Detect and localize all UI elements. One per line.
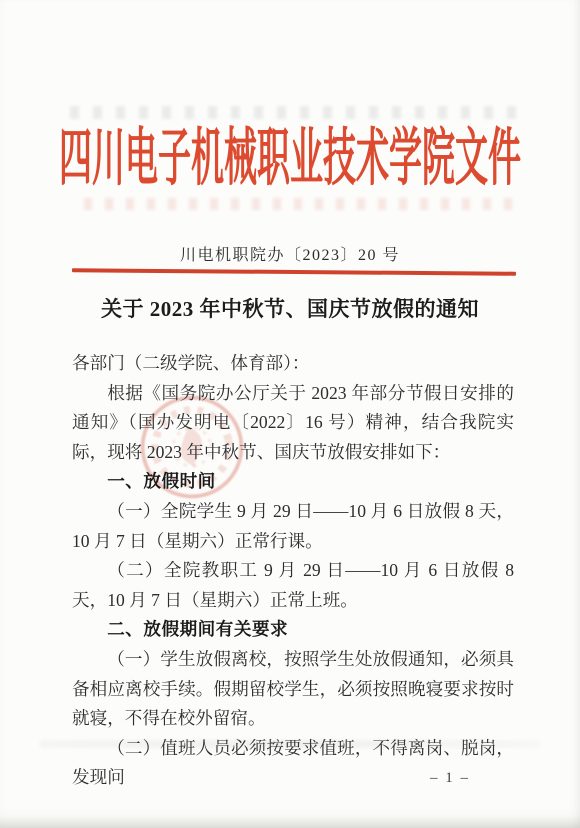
paragraph-students-holiday: （一）全院学生 9 月 29 日——10 月 6 日放假 8 天，10 月 7 … (72, 497, 514, 556)
doc-number: 川电机职院办〔2023〕20 号 (0, 242, 580, 265)
paragraph-staff-holiday: （二）全院教职工 9 月 29 日——10 月 6 日放假 8 天，10 月 7… (72, 556, 514, 615)
notice-title: 关于 2023 年中秋节、国庆节放假的通知 (0, 293, 580, 323)
section-heading-2: 二、放假期间有关要求 (72, 615, 514, 645)
red-divider-line (72, 268, 516, 275)
document-page: 四川电子机械职业技术学院文件 川电机职院办〔2023〕20 号 关于 2023 … (0, 0, 580, 828)
paragraph-students-rules: （一）学生放假离校，按照学生处放假通知，必须具备相应离校手续。假期留校学生，必须… (72, 645, 514, 734)
section-heading-1: 一、放假时间 (72, 467, 514, 497)
bleed-through-ghost-top (70, 106, 518, 119)
paragraph-basis: 根据《国务院办公厅关于 2023 年部分节假日安排的通知》（国办发明电〔2022… (72, 379, 514, 468)
page-number: – 1 – (405, 770, 495, 787)
org-title: 四川电子机械职业技术学院文件 (0, 124, 580, 196)
bleed-through-ghost-under-title (84, 198, 514, 210)
notice-body: 各部门（二级学院、体育部）： 根据《国务院办公厅关于 2023 年部分节假日安排… (72, 349, 514, 793)
salutation: 各部门（二级学院、体育部）： (72, 349, 514, 379)
paper-bottom-edge-shadow (0, 816, 580, 828)
